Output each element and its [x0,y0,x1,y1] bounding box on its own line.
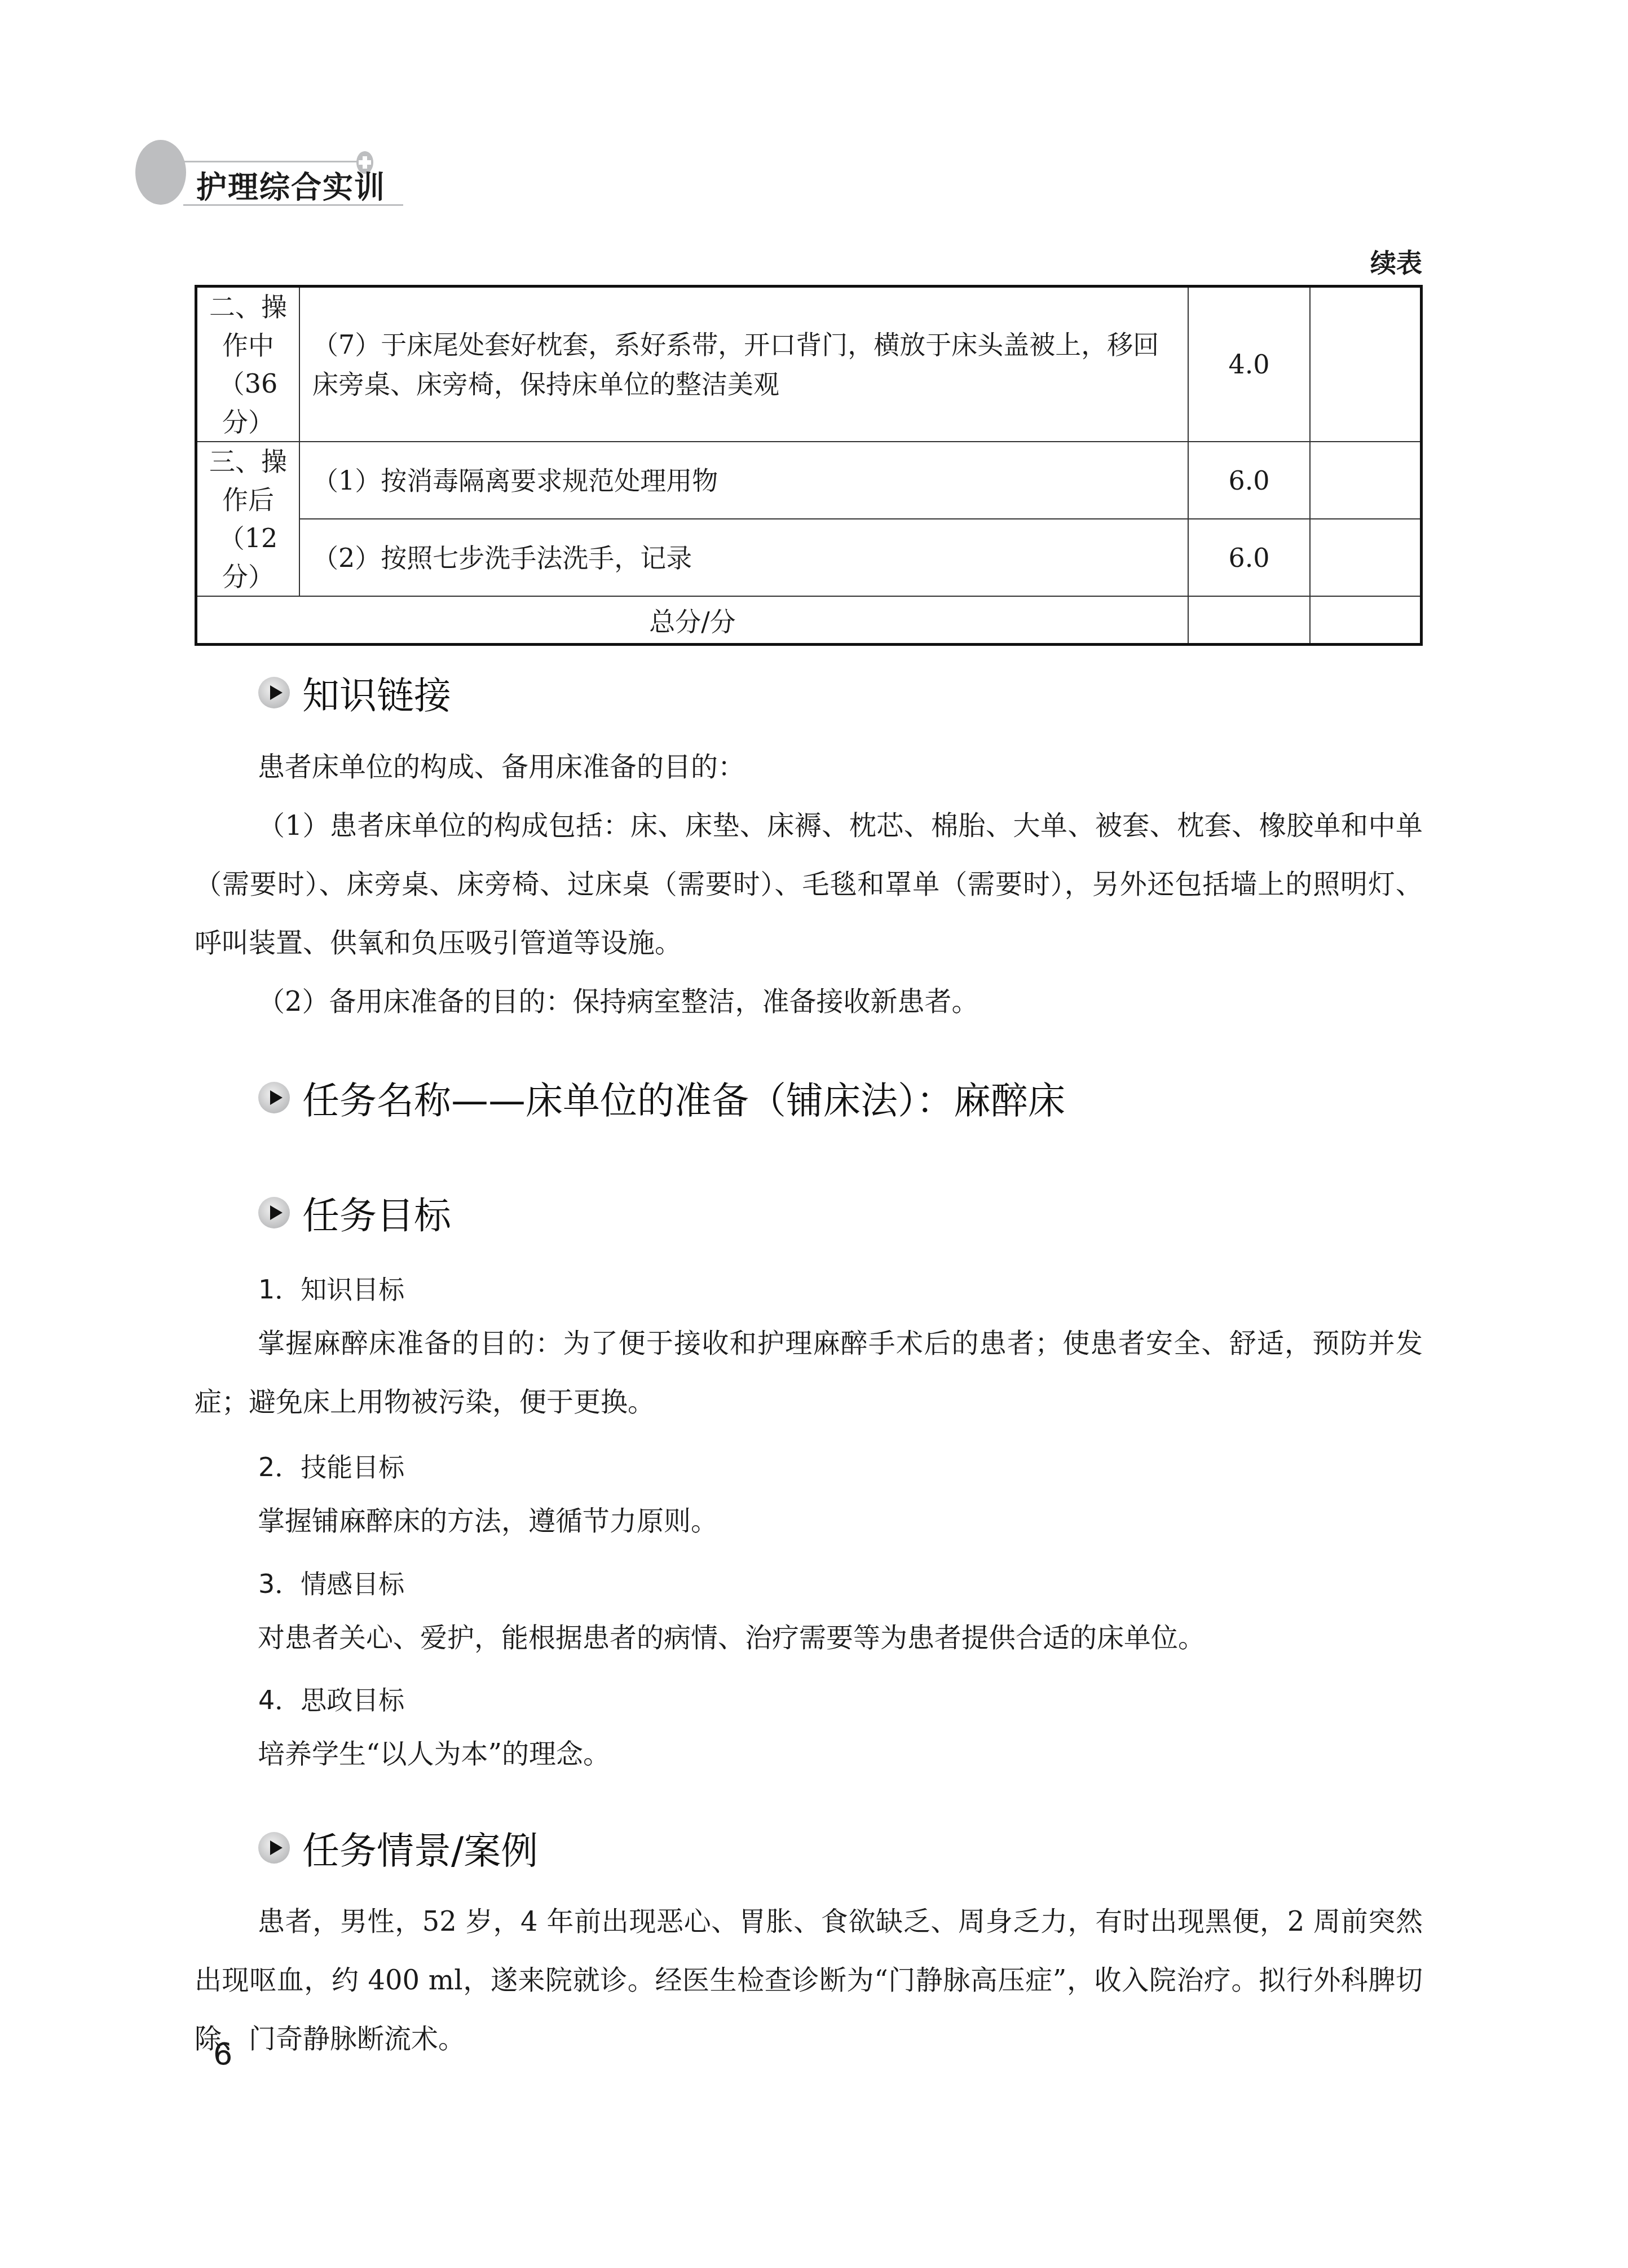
total-label: 总分/分 [196,596,1189,645]
goal-label: 2．技能目标 [258,1447,404,1484]
paragraph: 患者床单位的构成、备用床准备的目的： [195,738,1423,796]
category-line: 作后 [197,481,299,519]
score-cell: 6.0 [1188,442,1310,519]
paragraph: 掌握铺麻醉床的方法，遵循节力原则。 [195,1492,1423,1551]
actual-score-cell [1310,442,1422,519]
section-task-case: 任务情景/案例 [258,1821,538,1874]
goal-label: 1．知识目标 [258,1269,404,1306]
score-cell: 6.0 [1188,519,1310,596]
item-cell: （2）按照七步洗手法洗手，记录 [299,519,1188,596]
header-rule-top [183,161,358,162]
category-cell: 三、操 作后 （12 分） [196,442,300,596]
section-task-goals: 任务目标 [258,1186,451,1239]
category-cell: 二、操 作中 （36 分） [196,287,300,442]
running-header: 护理综合实训 [130,135,491,209]
table-row: 二、操 作中 （36 分） （7）于床尾处套好枕套，系好系带，开口背门，横放于床… [196,287,1422,442]
category-line: （12 分） [197,519,299,596]
book-title: 护理综合实训 [196,164,386,207]
table-row: 三、操 作后 （12 分） （1）按消毒隔离要求规范处理用物 6.0 [196,442,1422,519]
category-line: 三、操 [197,442,299,481]
table-total-row: 总分/分 [196,596,1422,645]
goal-label: 3．情感目标 [258,1564,404,1601]
category-line: 二、操 [197,288,299,326]
paragraph: 培养学生“以人为本”的理念。 [195,1725,1423,1783]
play-bullet-icon [258,1197,290,1228]
microscope-logo-icon [135,140,186,205]
page-number: 6 [213,2036,232,2072]
category-line: 作中 [197,326,299,364]
item-cell: （7）于床尾处套好枕套，系好系带，开口背门，横放于床头盖被上，移回床旁桌、床旁椅… [299,287,1188,442]
paragraph: （1）患者床单位的构成包括：床、床垫、床褥、枕芯、棉胎、大单、被套、枕套、橡胶单… [195,796,1423,972]
section-heading: 任务名称——床单位的准备（铺床法）：麻醉床 [302,1071,1065,1124]
score-cell: 4.0 [1188,287,1310,442]
play-bullet-icon [258,1082,290,1113]
play-bullet-icon [258,1832,290,1864]
table-continued-label: 续表 [1370,243,1422,280]
table-row: （2）按照七步洗手法洗手，记录 6.0 [196,519,1422,596]
paragraph: 对患者关心、爱护，能根据患者的病情、治疗需要等为患者提供合适的床单位。 [195,1609,1423,1667]
section-task-name: 任务名称——床单位的准备（铺床法）：麻醉床 [258,1071,1065,1124]
total-blank [1310,596,1422,645]
paragraph: 患者，男性，52 岁，4 年前出现恶心、胃胀、食欲缺乏、周身乏力，有时出现黑便，… [195,1892,1423,2068]
section-heading: 任务情景/案例 [302,1821,538,1874]
play-bullet-icon [258,677,290,708]
actual-score-cell [1310,519,1422,596]
section-knowledge-link: 知识链接 [258,666,451,719]
category-line: （36 分） [197,364,299,441]
paragraph: （2）备用床准备的目的：保持病室整洁，准备接收新患者。 [195,972,1423,1031]
section-heading: 知识链接 [302,666,451,719]
total-value [1188,596,1310,645]
item-cell: （1）按消毒隔离要求规范处理用物 [299,442,1188,519]
scoring-table: 二、操 作中 （36 分） （7）于床尾处套好枕套，系好系带，开口背门，横放于床… [195,285,1423,646]
goal-label: 4．思政目标 [258,1680,404,1717]
paragraph: 掌握麻醉床准备的目的：为了便于接收和护理麻醉手术后的患者；使患者安全、舒适，预防… [195,1314,1423,1432]
actual-score-cell [1310,287,1422,442]
section-heading: 任务目标 [302,1186,451,1239]
